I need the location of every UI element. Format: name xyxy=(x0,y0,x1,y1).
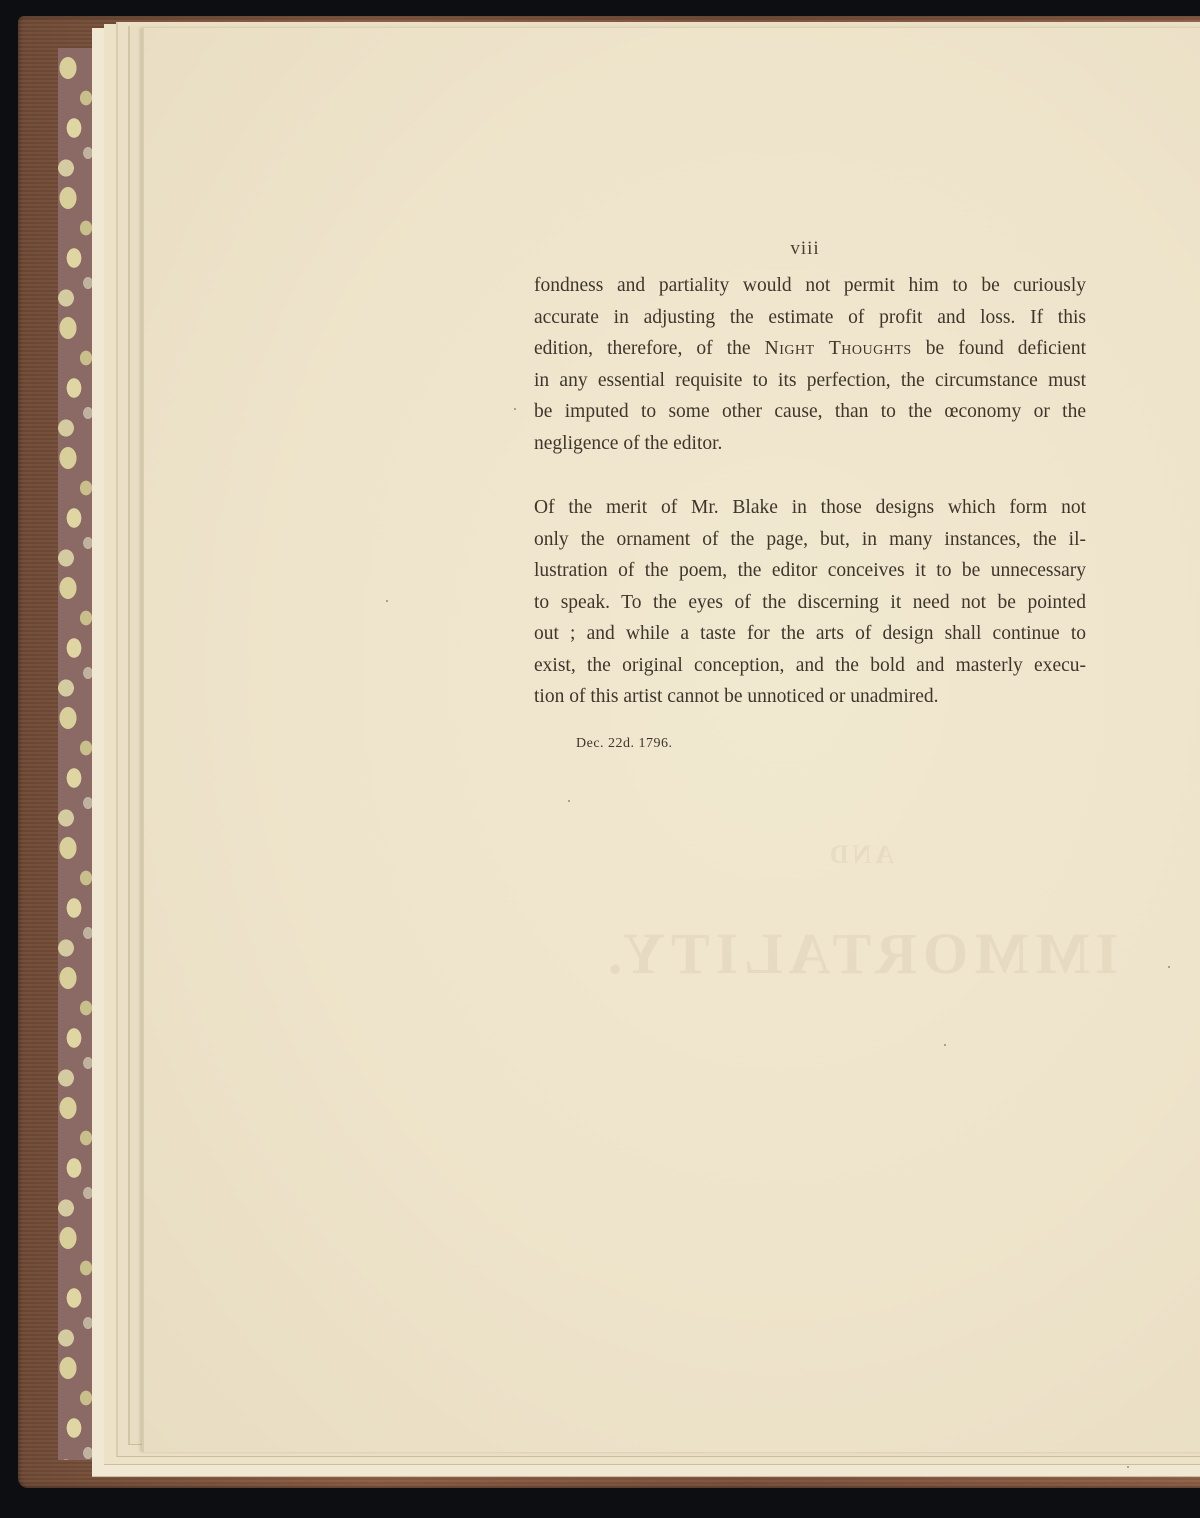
text-line: Of the merit of Mr. Blake in those desig… xyxy=(534,492,1086,524)
page-number: viii xyxy=(760,238,850,260)
paper-speck xyxy=(514,408,516,410)
paper-speck xyxy=(568,800,570,802)
paper-speck xyxy=(1168,966,1170,968)
date-line: Dec. 22d. 1796. xyxy=(576,736,673,752)
paper-speck xyxy=(386,600,388,602)
paper-speck xyxy=(1127,1466,1129,1468)
paper-speck xyxy=(944,1044,946,1046)
text-line: tion of this artist cannot be unnoticed … xyxy=(534,681,1086,713)
text-fragment: edition, therefore, of the xyxy=(534,338,765,359)
text-line: edition, therefore, of the Night Thought… xyxy=(534,333,1086,365)
text-line: exist, the original conception, and the … xyxy=(534,650,1086,682)
text-line: be imputed to some other cause, than to … xyxy=(534,396,1086,428)
text-line: in any essential requisite to its perfec… xyxy=(534,365,1086,397)
paragraph-1: fondness and partiality would not permit… xyxy=(534,270,1086,459)
text-line: lustration of the poem, the editor conce… xyxy=(534,555,1086,587)
text-line: negligence of the editor. xyxy=(534,428,1086,460)
text-line: only the ornament of the page, but, in m… xyxy=(534,524,1086,556)
paragraph-2: Of the merit of Mr. Blake in those desig… xyxy=(534,492,1086,713)
text-fragment: be found deficient xyxy=(912,338,1086,359)
body-text: fondness and partiality would not permit… xyxy=(534,270,1086,713)
marbled-endpaper xyxy=(58,48,94,1460)
text-line: to speak. To the eyes of the discerning … xyxy=(534,587,1086,619)
text-line: accurate in adjusting the estimate of pr… xyxy=(534,302,1086,334)
text-line: out ; and while a taste for the arts of … xyxy=(534,618,1086,650)
text-line: fondness and partiality would not permit… xyxy=(534,270,1086,302)
book-title-night-thoughts: Night Thoughts xyxy=(765,338,912,359)
paragraph-gap xyxy=(534,459,1086,492)
